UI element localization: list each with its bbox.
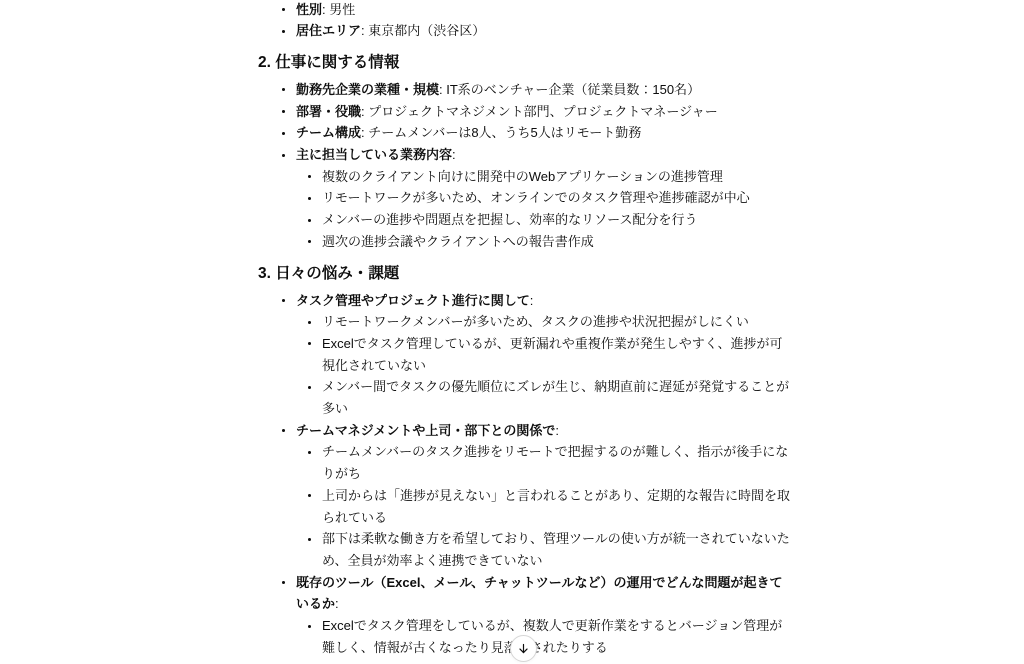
sub-bullet-list: Excelでタスク管理をしているが、複数人で更新作業をするとバージョン管理が難し… — [296, 615, 792, 658]
list-item: 性別: 男性 — [258, 0, 792, 20]
item-text: : — [530, 293, 534, 308]
item-text: 上司からは「進捗が見えない」と言われることがあり、定期的な報告に時間を取られてい… — [322, 488, 790, 525]
sub-list-item: リモートワークが多いため、オンラインでのタスク管理や進捗確認が中心 — [296, 187, 792, 209]
sub-list-item: 部下は柔軟な働き方を希望しており、管理ツールの使い方が統一されていないため、全員… — [296, 528, 792, 571]
item-label: 既存のツール（Excel、メール、チャットツールなど）の運用でどんな問題が起きて… — [296, 575, 783, 612]
item-label: タスク管理やプロジェクト進行に関して — [296, 293, 530, 308]
item-text: : — [555, 423, 559, 438]
item-text: 部下は柔軟な働き方を希望しており、管理ツールの使い方が統一されていないため、全員… — [322, 531, 790, 568]
sub-bullet-list: リモートワークメンバーが多いため、タスクの進捗や状況把握がしにくい Excelで… — [296, 311, 792, 420]
sub-list-item: チームメンバーのタスク進捗をリモートで把握するのが難しく、指示が後手になりがち — [296, 441, 792, 484]
item-label: 性別 — [296, 2, 322, 17]
sub-list-item: Excelでタスク管理しているが、更新漏れや重複作業が発生しやすく、進捗が可視化… — [296, 333, 792, 376]
item-label: チーム構成 — [296, 125, 361, 140]
list-item: チーム構成: チームメンバーは8人、うち5人はリモート勤務 — [258, 122, 792, 144]
item-text: 複数のクライアント向けに開発中のWebアプリケーションの進捗管理 — [322, 169, 723, 184]
item-text: : プロジェクトマネジメント部門、プロジェクトマネージャー — [361, 104, 718, 119]
item-label: 主に担当している業務内容 — [296, 147, 452, 162]
item-text: Excelでタスク管理しているが、更新漏れや重複作業が発生しやすく、進捗が可視化… — [322, 336, 783, 373]
intro-bullet-list: 性別: 男性 居住エリア: 東京都内（渋谷区） — [258, 0, 792, 42]
item-text: : — [452, 147, 456, 162]
item-text: Excelでタスク管理をしているが、複数人で更新作業をするとバージョン管理が難し… — [322, 618, 782, 655]
sub-bullet-list: チームメンバーのタスク進捗をリモートで把握するのが難しく、指示が後手になりがち … — [296, 441, 792, 571]
item-text: : チームメンバーは8人、うち5人はリモート勤務 — [361, 125, 641, 140]
list-item: 勤務先企業の業種・規模: IT系のベンチャー企業（従業員数：150名） — [258, 79, 792, 101]
list-item: 主に担当している業務内容: 複数のクライアント向けに開発中のWebアプリケーショ… — [258, 144, 792, 253]
section-heading-work-info: 2. 仕事に関する情報 — [258, 53, 792, 73]
sub-list-item: 複数のクライアント向けに開発中のWebアプリケーションの進捗管理 — [296, 166, 792, 188]
section-heading-daily-issues: 3. 日々の悩み・課題 — [258, 264, 792, 284]
sub-list-item: 上司からは「進捗が見えない」と言われることがあり、定期的な報告に時間を取られてい… — [296, 485, 792, 528]
item-text: チームメンバーのタスク進捗をリモートで把握するのが難しく、指示が後手になりがち — [322, 444, 788, 481]
sub-list-item: Excelでタスク管理をしているが、複数人で更新作業をするとバージョン管理が難し… — [296, 615, 792, 658]
work-info-bullet-list: 勤務先企業の業種・規模: IT系のベンチャー企業（従業員数：150名） 部署・役… — [258, 79, 792, 253]
list-item: タスク管理やプロジェクト進行に関して: リモートワークメンバーが多いため、タスク… — [258, 290, 792, 420]
sub-bullet-list: 複数のクライアント向けに開発中のWebアプリケーションの進捗管理 リモートワーク… — [296, 166, 792, 253]
item-text: : IT系のベンチャー企業（従業員数：150名） — [439, 82, 700, 97]
item-label: 部署・役職 — [296, 104, 361, 119]
item-label: 勤務先企業の業種・規模 — [296, 82, 439, 97]
arrow-down-icon — [517, 642, 530, 655]
item-text: : — [335, 596, 339, 611]
item-text: : 東京都内（渋谷区） — [361, 23, 485, 38]
item-text: リモートワークが多いため、オンラインでのタスク管理や進捗確認が中心 — [322, 190, 750, 205]
item-label: 居住エリア — [296, 23, 361, 38]
sub-list-item: 週次の進捗会議やクライアントへの報告書作成 — [296, 231, 792, 253]
list-item: チームマネジメントや上司・部下との関係で: チームメンバーのタスク進捗をリモート… — [258, 420, 792, 572]
item-text: リモートワークメンバーが多いため、タスクの進捗や状況把握がしにくい — [322, 314, 749, 329]
content-column: 性別: 男性 居住エリア: 東京都内（渋谷区） 2. 仕事に関する情報 勤務先企… — [258, 0, 792, 658]
sub-list-item: リモートワークメンバーが多いため、タスクの進捗や状況把握がしにくい — [296, 311, 792, 333]
scroll-to-bottom-button[interactable] — [510, 635, 537, 662]
item-label: チームマネジメントや上司・部下との関係で — [296, 423, 555, 438]
document-page: 性別: 男性 居住エリア: 東京都内（渋谷区） 2. 仕事に関する情報 勤務先企… — [0, 0, 1024, 664]
item-text: : 男性 — [322, 2, 355, 17]
sub-list-item: メンバーの進捗や問題点を把握し、効率的なリソース配分を行う — [296, 209, 792, 231]
list-item: 居住エリア: 東京都内（渋谷区） — [258, 20, 792, 42]
item-text: 週次の進捗会議やクライアントへの報告書作成 — [322, 234, 594, 249]
list-item: 部署・役職: プロジェクトマネジメント部門、プロジェクトマネージャー — [258, 101, 792, 123]
sub-list-item: メンバー間でタスクの優先順位にズレが生じ、納期直前に遅延が発覚することが多い — [296, 376, 792, 419]
item-text: メンバーの進捗や問題点を把握し、効率的なリソース配分を行う — [322, 212, 697, 227]
daily-issues-bullet-list: タスク管理やプロジェクト進行に関して: リモートワークメンバーが多いため、タスク… — [258, 290, 792, 659]
item-text: メンバー間でタスクの優先順位にズレが生じ、納期直前に遅延が発覚することが多い — [322, 379, 789, 416]
